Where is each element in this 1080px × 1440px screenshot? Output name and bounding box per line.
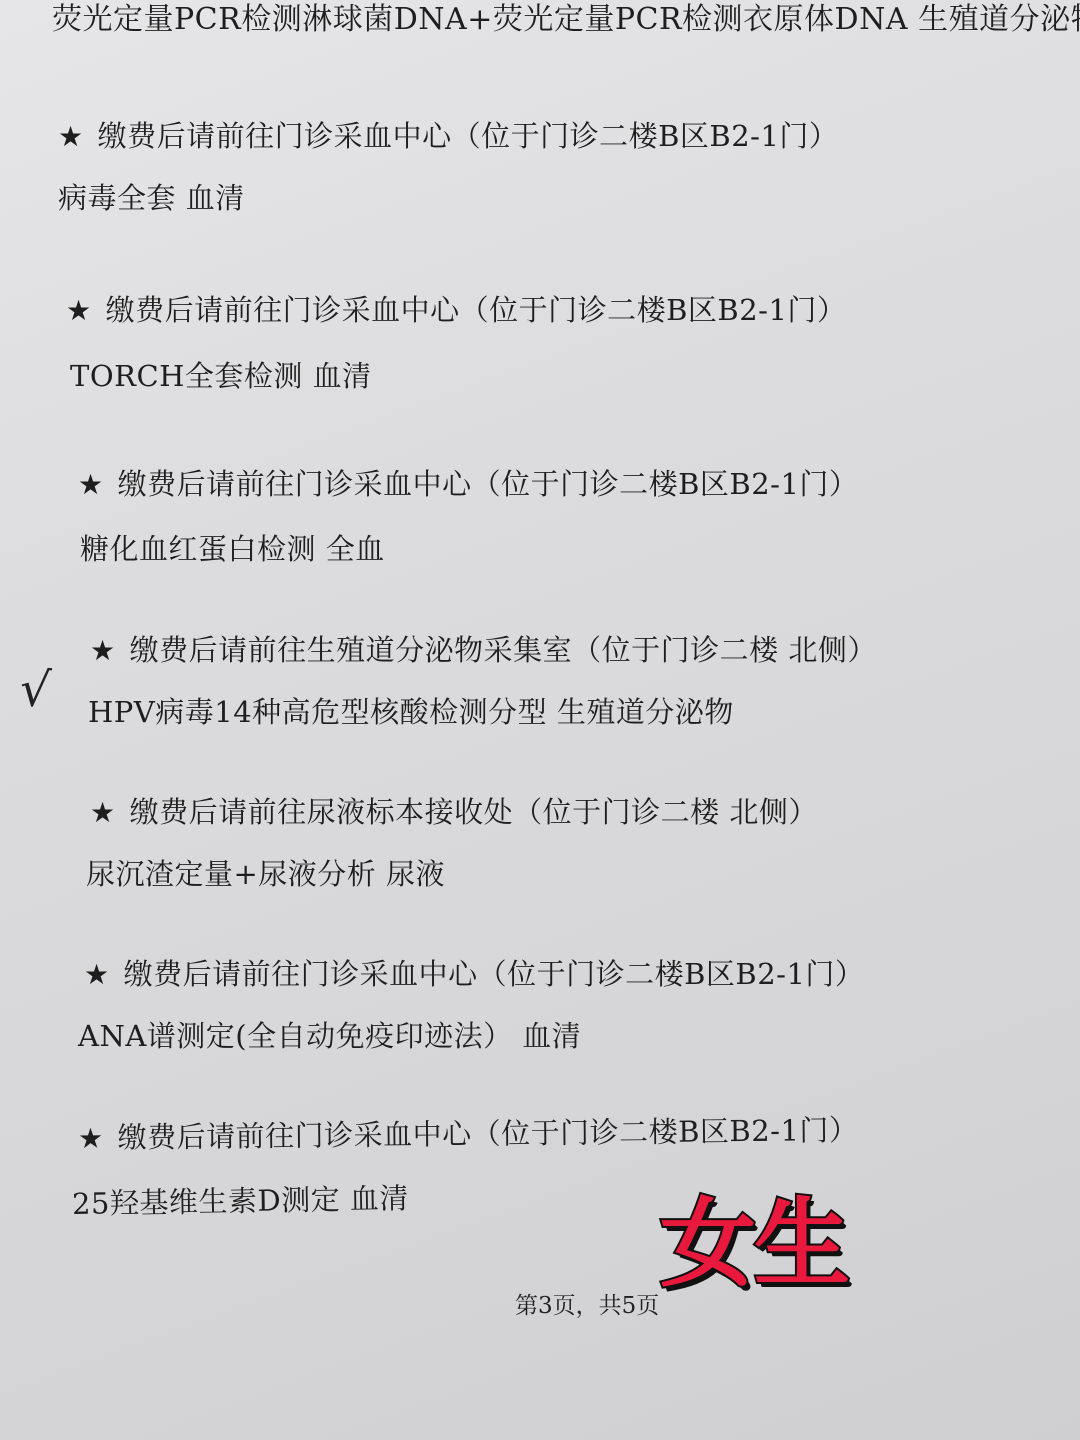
star-icon: ★ [90, 634, 116, 667]
instruction-text: 缴费后请前往门诊采血中心（位于门诊二楼B区B2-1门） [117, 1113, 858, 1155]
document-page: 荧光定量PCR检测淋球菌DNA+荧光定量PCR检测衣原体DNA 生殖道分泌物 ★… [0, 0, 1080, 1440]
instruction-text: 缴费后请前往门诊采血中心（位于门诊二楼B区B2-1门） [106, 293, 847, 327]
instruction-text: 缴费后请前往门诊采血中心（位于门诊二楼B区B2-1门） [118, 467, 859, 501]
test-item: TORCH全套检测 血清 [70, 354, 372, 395]
instruction-text: 缴费后请前往生殖道分泌物采集室（位于门诊二楼 北侧） [130, 633, 877, 667]
star-icon: ★ [66, 294, 92, 327]
instruction-line: ★缴费后请前往尿液标本接收处（位于门诊二楼 北侧） [90, 790, 818, 831]
page-footer: 第3页，共5页 [515, 1287, 659, 1320]
star-icon: ★ [90, 796, 116, 829]
instruction-line: ★缴费后请前往门诊采血中心（位于门诊二楼B区B2-1门） [78, 1108, 859, 1157]
test-item: 25羟基维生素D测定 血清 [72, 1176, 410, 1223]
star-icon: ★ [84, 958, 110, 991]
test-item: 糖化血红蛋白检测 全血 [80, 527, 385, 568]
check-mark-icon: √ [18, 661, 52, 719]
star-icon: ★ [78, 1122, 104, 1155]
test-item: ANA谱测定(全自动免疫印迹法） 血清 [78, 1014, 581, 1055]
instruction-line: ★缴费后请前往门诊采血中心（位于门诊二楼B区B2-1门） [84, 952, 864, 993]
header-test-line: 荧光定量PCR检测淋球菌DNA+荧光定量PCR检测衣原体DNA 生殖道分泌物 [52, 0, 1080, 38]
instruction-line: ★缴费后请前往门诊采血中心（位于门诊二楼B区B2-1门） [58, 114, 838, 155]
test-item: 尿沉渣定量+尿液分析 尿液 [86, 852, 445, 893]
test-item: HPV病毒14种高危型核酸检测分型 生殖道分泌物 [88, 690, 734, 731]
instruction-text: 缴费后请前往门诊采血中心（位于门诊二楼B区B2-1门） [98, 119, 839, 153]
gender-stamp-label: 女生 [660, 1168, 848, 1305]
instruction-line: ★缴费后请前往门诊采血中心（位于门诊二楼B区B2-1门） [78, 462, 858, 503]
star-icon: ★ [78, 468, 104, 501]
instruction-text: 缴费后请前往门诊采血中心（位于门诊二楼B区B2-1门） [124, 957, 865, 991]
test-item: 病毒全套 血清 [58, 176, 245, 217]
instruction-text: 缴费后请前往尿液标本接收处（位于门诊二楼 北侧） [130, 795, 818, 829]
star-icon: ★ [58, 120, 84, 153]
instruction-line: ★缴费后请前往门诊采血中心（位于门诊二楼B区B2-1门） [66, 288, 846, 329]
instruction-line: ★缴费后请前往生殖道分泌物采集室（位于门诊二楼 北侧） [90, 628, 877, 669]
